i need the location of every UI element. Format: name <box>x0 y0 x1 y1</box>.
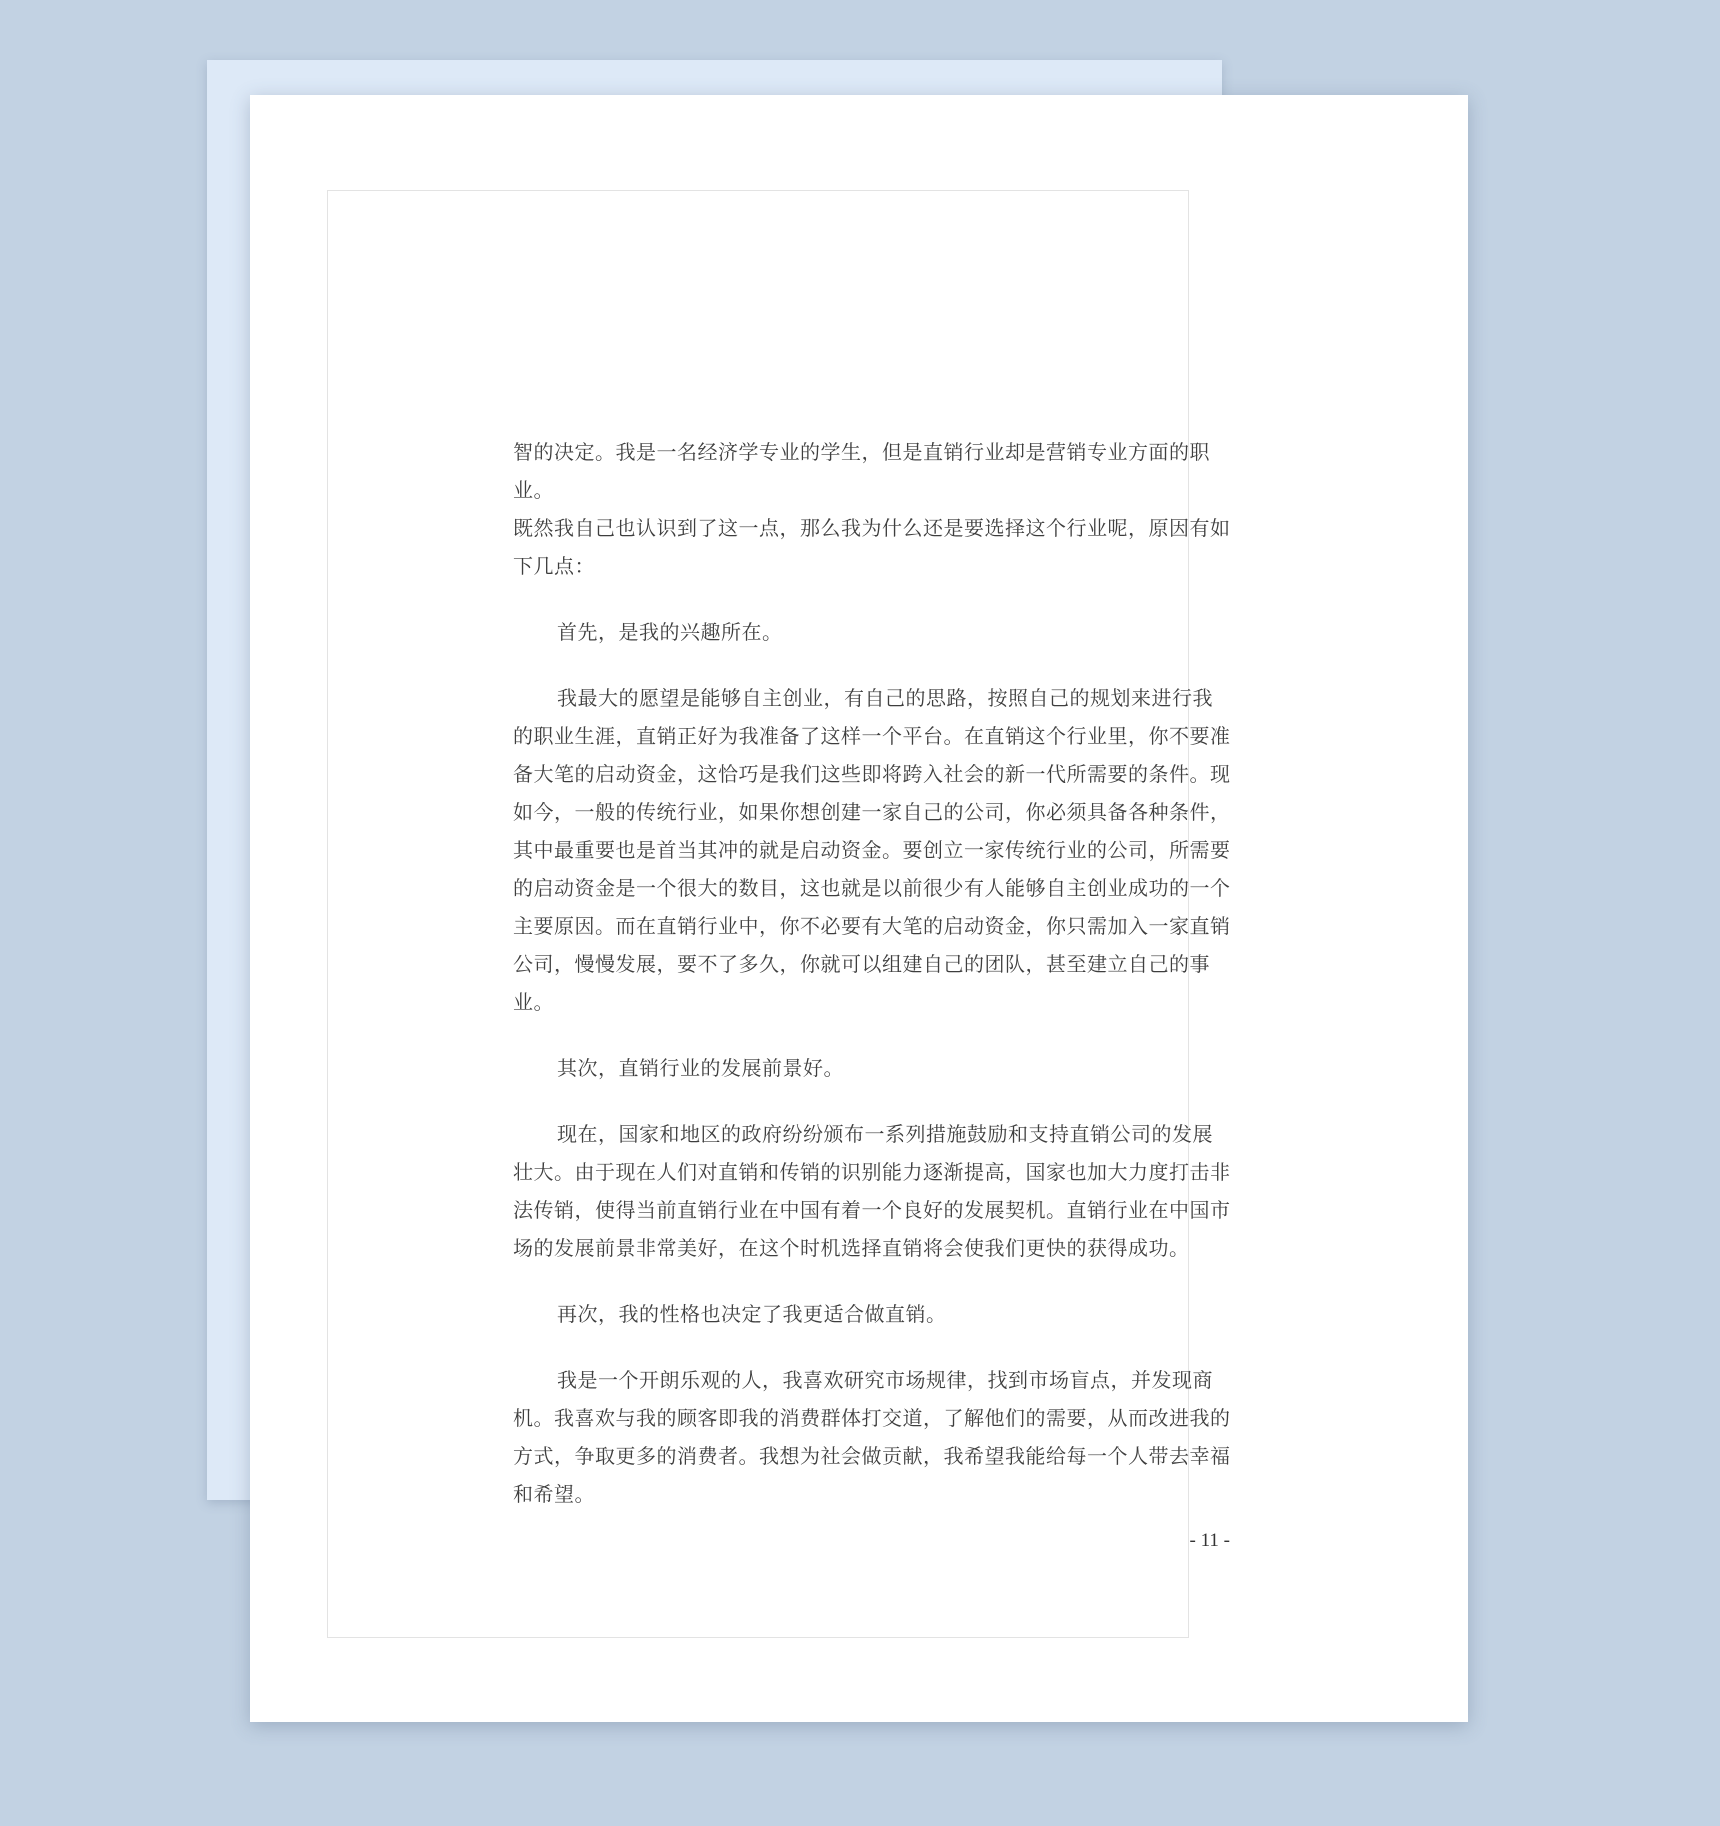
document-preview-background: 智的决定。我是一名经济学专业的学生，但是直销行业却是营销专业方面的职业。 既然我… <box>0 0 1720 1826</box>
paragraph: 首先，是我的兴趣所在。 <box>513 614 1237 652</box>
paragraph: 现在，国家和地区的政府纷纷颁布一系列措施鼓励和支持直销公司的发展 壮大。由于现在… <box>513 1116 1237 1268</box>
paragraph: 其次，直销行业的发展前景好。 <box>513 1050 1237 1088</box>
paragraph: 我最大的愿望是能够自主创业，有自己的思路，按照自己的规划来进行我 的职业生涯，直… <box>513 680 1237 1022</box>
paragraph: 智的决定。我是一名经济学专业的学生，但是直销行业却是营销专业方面的职业。 既然我… <box>513 434 1237 586</box>
document-body: 智的决定。我是一名经济学专业的学生，但是直销行业却是营销专业方面的职业。 既然我… <box>513 434 1237 1514</box>
document-page: 智的决定。我是一名经济学专业的学生，但是直销行业却是营销专业方面的职业。 既然我… <box>250 95 1468 1722</box>
paragraph: 我是一个开朗乐观的人，我喜欢研究市场规律，找到市场盲点，并发现商 机。我喜欢与我… <box>513 1362 1237 1514</box>
page-number: - 11 - <box>513 1529 1230 1553</box>
paragraph: 再次，我的性格也决定了我更适合做直销。 <box>513 1296 1237 1334</box>
